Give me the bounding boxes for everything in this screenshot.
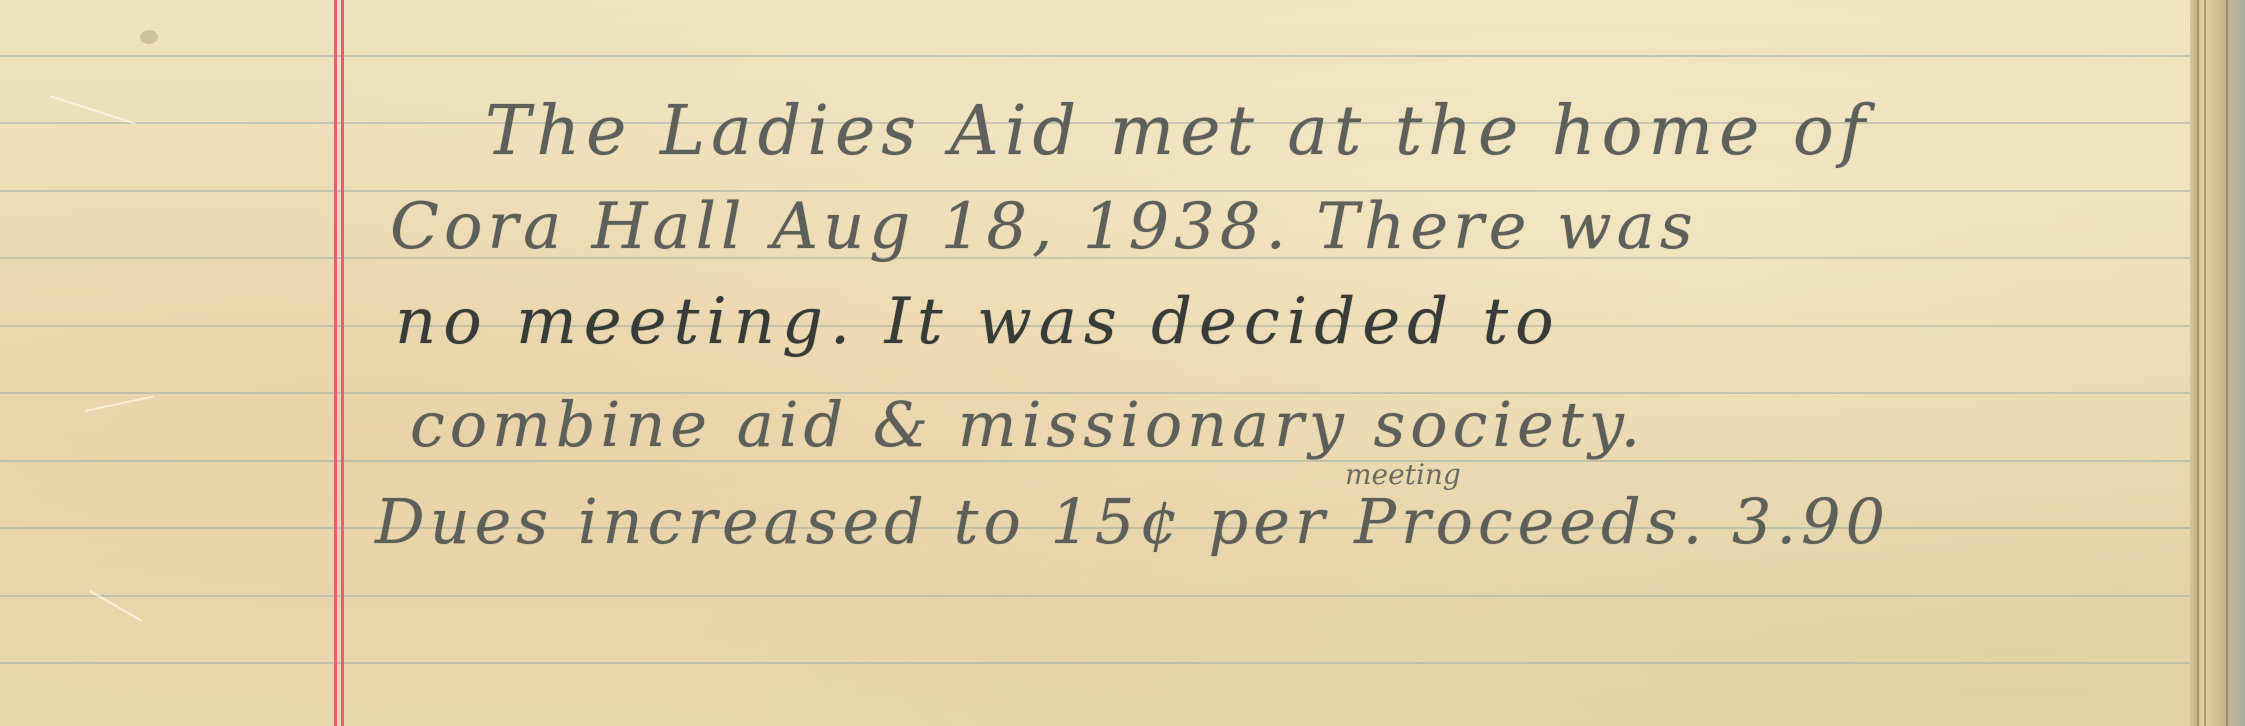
handwritten-line-4: combine aid & missionary society.	[410, 388, 1645, 461]
paper-stain	[140, 30, 158, 44]
proceeds-text: Proceeds. 3.90	[1354, 485, 1890, 558]
ruled-line	[0, 662, 2195, 664]
margin-line-right	[341, 0, 344, 726]
paper-crease	[50, 95, 136, 125]
ledger-page: The Ladies Aid met at the home of Cora H…	[0, 0, 2245, 726]
handwritten-line-5: Dues increased to 15¢ per Proceeds. 3.90	[375, 485, 1890, 558]
ruled-line	[0, 595, 2195, 597]
gutter-line	[2226, 0, 2228, 726]
handwritten-line-3: no meeting. It was decided to	[395, 285, 1561, 359]
interlinear-insertion: meeting	[1345, 458, 1461, 491]
margin-line-left	[334, 0, 337, 726]
handwritten-line-2: Cora Hall Aug 18, 1938. There was	[390, 190, 1698, 264]
gutter-line	[2197, 0, 2199, 726]
handwritten-line-1: The Ladies Aid met at the home of	[485, 92, 1871, 171]
ruled-line	[0, 55, 2195, 57]
dues-text: Dues increased to 15¢ per	[375, 485, 1354, 558]
paper-crease	[85, 395, 154, 412]
gutter-line	[2204, 0, 2206, 726]
